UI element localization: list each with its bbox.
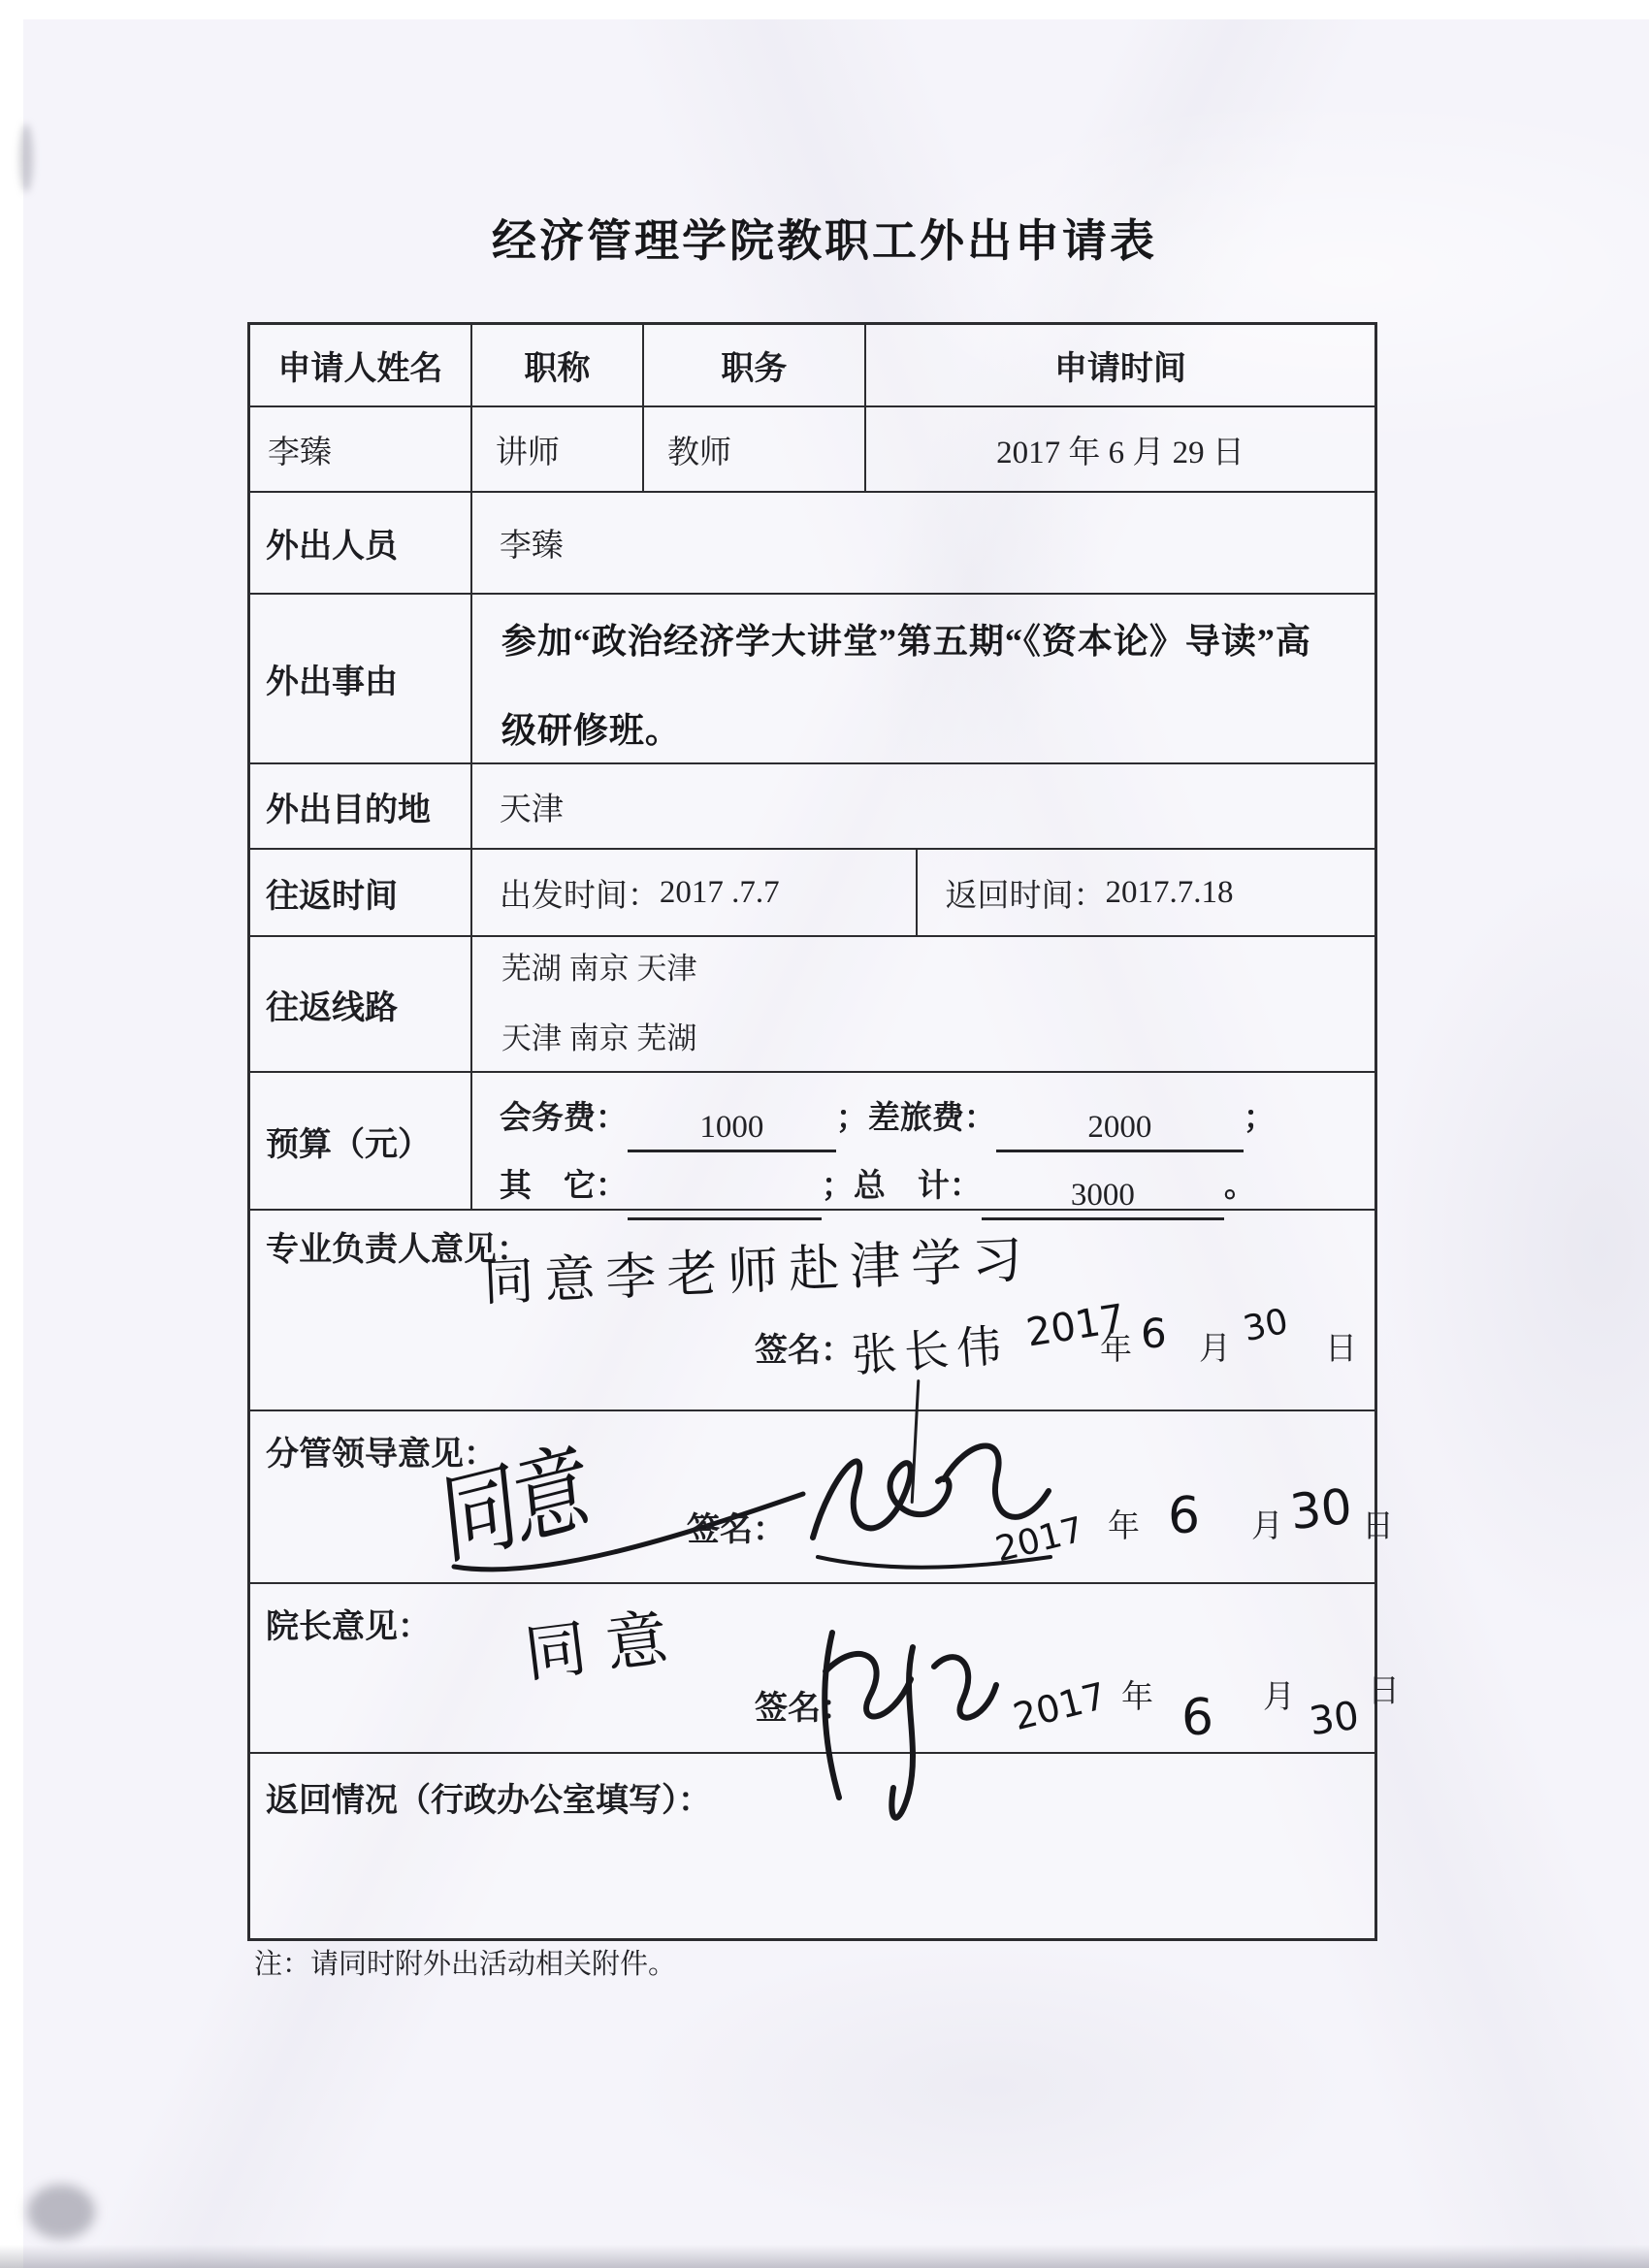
year-char: 年 xyxy=(1121,1671,1153,1717)
destination-value: 天津 xyxy=(472,764,1374,848)
personnel-value: 李臻 xyxy=(472,493,1374,593)
scanned-form-page: 经济管理学院教职工外出申请表 申请人姓名 职称 职务 申请时间 李臻 讲师 教师… xyxy=(0,0,1649,2268)
header-applicant-name: 申请人姓名 xyxy=(250,325,472,405)
depart-time-cell: 出发时间： 2017 .7.7 xyxy=(472,850,919,935)
reason-value: 参加“政治经济学大讲堂”第五期“《资本论》导读”高级研修班。 xyxy=(472,583,1374,775)
section-leader-opinion: 分管领导意见： 同意 签名： 2017 年 6 月 30 日 xyxy=(250,1411,1374,1584)
travel-fee-value: 2000 xyxy=(996,1105,1244,1152)
signature-label: 签名： xyxy=(687,1503,786,1550)
depart-time-value: 2017 .7.7 xyxy=(660,875,780,911)
month-char: 月 xyxy=(1263,1671,1295,1717)
section-supervisor-opinion: 专业负责人意见： 同意李老师赴津学习 签名： 张长伟 2017 年 6 月 30… xyxy=(250,1211,1374,1411)
supervisor-handwritten-opinion: 同意李老师赴津学习 xyxy=(482,1218,1035,1315)
personnel-label: 外出人员 xyxy=(250,493,472,593)
header-professional-title: 职称 xyxy=(472,325,644,405)
month-char: 月 xyxy=(1199,1323,1231,1369)
handwritten-day: 30 xyxy=(1287,1478,1354,1540)
scan-shadow xyxy=(0,2245,1649,2268)
scan-blot xyxy=(19,124,33,192)
reason-cell: 参加“政治经济学大讲堂”第五期“《资本论》导读”高级研修班。 xyxy=(472,595,1374,762)
route-inbound: 天津 南京 芜湖 xyxy=(472,1004,697,1074)
handwritten-day: 30 xyxy=(1307,1694,1362,1745)
day-char: 日 xyxy=(1362,1501,1394,1546)
scan-margin xyxy=(0,0,23,2268)
year-char: 年 xyxy=(1108,1501,1140,1546)
trip-time-row: 往返时间 出发时间： 2017 .7.7 返回时间： 2017.7.18 xyxy=(250,850,1374,937)
trip-time-label: 往返时间 xyxy=(250,850,472,935)
scan-blot xyxy=(27,2185,95,2239)
professional-title-value: 讲师 xyxy=(472,407,644,491)
table-header-row: 申请人姓名 职称 职务 申请时间 xyxy=(250,325,1374,407)
total-fee-label: 总 计： xyxy=(854,1169,982,1204)
leader-signature-scribble xyxy=(779,1411,1070,1605)
footer-note: 注：请同时附外出活动相关附件。 xyxy=(254,1942,676,1982)
applicant-name-value: 李臻 xyxy=(250,407,472,491)
destination-row: 外出目的地 天津 xyxy=(250,764,1374,850)
route-row: 往返线路 芜湖 南京 天津 天津 南京 芜湖 xyxy=(250,937,1374,1073)
separator: ； xyxy=(1244,1101,1276,1136)
header-duty: 职务 xyxy=(644,325,866,405)
reason-label: 外出事由 xyxy=(250,595,472,762)
section-return-status: 返回情况（行政办公室填写）： xyxy=(250,1754,1374,1938)
day-char: 日 xyxy=(1368,1666,1400,1711)
route-label: 往返线路 xyxy=(250,937,472,1071)
return-time-label: 返回时间： xyxy=(945,870,1105,916)
applicant-values-row: 李臻 讲师 教师 2017 年 6 月 29 日 xyxy=(250,407,1374,493)
handwritten-month: 6 xyxy=(1168,1487,1200,1545)
return-status-label: 返回情况（行政办公室填写）： xyxy=(266,1773,711,1821)
separator: ； xyxy=(822,1169,854,1204)
header-apply-time: 申请时间 xyxy=(866,325,1374,405)
budget-label: 预算（元） xyxy=(250,1073,472,1209)
dean-handwritten-opinion: 同意 xyxy=(519,1586,692,1695)
scan-margin xyxy=(0,0,1649,19)
page-title: 经济管理学院教职工外出申请表 xyxy=(0,206,1649,270)
budget-cell: 会务费：1000；差旅费：2000； 其 它：；总 计：3000。 xyxy=(472,1073,1374,1209)
handwritten-month: 6 xyxy=(1141,1310,1167,1357)
destination-label: 外出目的地 xyxy=(250,764,472,848)
meeting-fee-value: 1000 xyxy=(628,1105,836,1152)
route-cell: 芜湖 南京 天津 天津 南京 芜湖 xyxy=(472,937,1374,1071)
handwritten-day: 30 xyxy=(1240,1302,1291,1350)
section-dean-opinion: 院长意见： 同意 签名： 2017 年 6 月 30 日 xyxy=(250,1584,1374,1754)
duty-value: 教师 xyxy=(644,407,866,491)
separator: ； xyxy=(836,1101,868,1136)
year-char: 年 xyxy=(1100,1323,1132,1369)
budget-row: 预算（元） 会务费：1000；差旅费：2000； 其 它：；总 计：3000。 xyxy=(250,1073,1374,1211)
personnel-row: 外出人员 李臻 xyxy=(250,493,1374,595)
depart-time-label: 出发时间： xyxy=(500,870,660,916)
supervisor-signature-handwriting: 张长伟 xyxy=(850,1310,1011,1384)
day-char: 日 xyxy=(1325,1323,1357,1369)
application-form-table: 申请人姓名 职称 职务 申请时间 李臻 讲师 教师 2017 年 6 月 29 … xyxy=(247,322,1377,1941)
return-time-value: 2017.7.18 xyxy=(1105,875,1233,911)
signature-label: 签名： xyxy=(755,1323,854,1371)
budget-line-1: 会务费：1000；差旅费：2000； xyxy=(500,1085,1374,1152)
travel-fee-label: 差旅费： xyxy=(868,1101,996,1136)
return-time-cell: 返回时间： 2017.7.18 xyxy=(918,850,1374,935)
handwritten-month: 6 xyxy=(1181,1689,1213,1747)
meeting-fee-label: 会务费： xyxy=(500,1101,628,1136)
dean-opinion-label: 院长意见： xyxy=(266,1600,431,1647)
reason-row: 外出事由 参加“政治经济学大讲堂”第五期“《资本论》导读”高级研修班。 xyxy=(250,595,1374,764)
route-outbound: 芜湖 南京 天津 xyxy=(472,934,697,1004)
month-char: 月 xyxy=(1251,1501,1283,1546)
other-fee-label: 其 它： xyxy=(500,1169,628,1204)
period-mark: 。 xyxy=(1224,1169,1256,1204)
apply-date-value: 2017 年 6 月 29 日 xyxy=(866,407,1374,491)
